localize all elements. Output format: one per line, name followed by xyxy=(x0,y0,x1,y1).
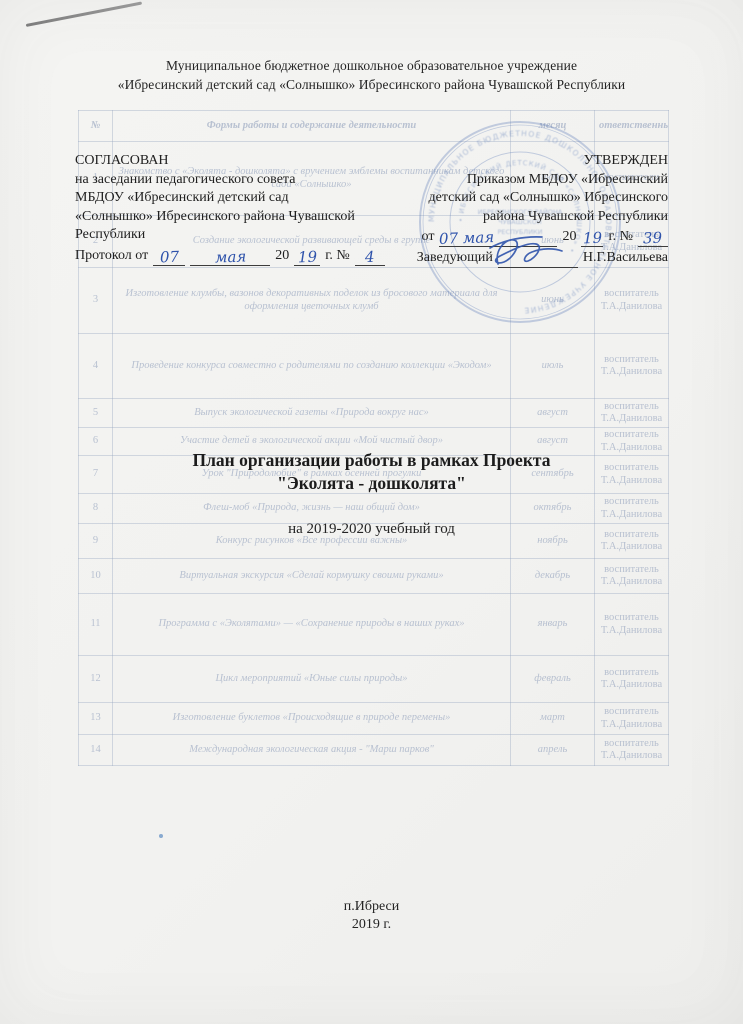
handwritten-month: мая xyxy=(214,249,246,265)
bleed-cell-num: 5 xyxy=(79,399,113,428)
handwritten-order-number: 39 xyxy=(643,231,663,247)
agreed-heading: СОГЛАСОВАН xyxy=(75,152,390,171)
bleed-cell-num: 3 xyxy=(79,268,113,334)
protocol-month-slot: мая xyxy=(190,248,270,266)
bleed-cell-activity: Международная экологическая акция - "Мар… xyxy=(113,735,511,766)
bleed-cell-activity: Флеш-моб «Природа, жизнь — наш общий дом… xyxy=(113,494,511,524)
bleed-cell-month: август xyxy=(511,399,595,428)
bleed-cell-month: январь xyxy=(511,594,595,656)
bleed-cell-num: 13 xyxy=(79,703,113,735)
bleed-row: 10Виртуальная экскурсия «Сделай кормушку… xyxy=(79,559,669,594)
order-number-slot: 39 xyxy=(638,229,668,247)
bleed-cell-activity: Виртуальная экскурсия «Сделай кормушку с… xyxy=(113,559,511,594)
approved-line: Приказом МБДОУ «Ибресинский xyxy=(396,171,668,190)
bleed-cell-activity: Программа с «Эколятами» — «Сохранение пр… xyxy=(113,594,511,656)
agreed-line: Республики xyxy=(75,226,390,245)
agreed-block: СОГЛАСОВАН на заседании педагогического … xyxy=(75,152,390,266)
bleed-cell-num: 10 xyxy=(79,559,113,594)
bleed-cell-activity: Изготовление буклетов «Происходящие в пр… xyxy=(113,703,511,735)
handwritten-number: 4 xyxy=(365,249,375,264)
document-title: План организации работы в рамках Проекта… xyxy=(0,449,743,495)
signer-role: Заведующий xyxy=(417,249,493,268)
bleed-row: 8Флеш-моб «Природа, жизнь — наш общий до… xyxy=(79,494,669,524)
signature-slot xyxy=(498,250,578,268)
approved-line: района Чувашской Республики xyxy=(396,208,668,227)
signer-name: Н.Г.Васильева xyxy=(583,249,668,268)
document-subtitle: на 2019-2020 учебный год xyxy=(0,521,743,538)
agreed-line: МБДОУ «Ибресинский детский сад xyxy=(75,189,390,208)
protocol-prefix: Протокол от xyxy=(75,247,148,266)
protocol-year-suffix: г. № xyxy=(325,247,350,266)
bleed-cell-num: 11 xyxy=(79,594,113,656)
ink-dot-mark xyxy=(159,834,163,838)
title-line-2: "Эколята - дошколята" xyxy=(0,472,743,495)
bleed-cell-month: февраль xyxy=(511,656,595,703)
bleed-cell-num: 4 xyxy=(79,334,113,399)
protocol-number-slot: 4 xyxy=(355,248,385,266)
bleed-cell-activity: Выпуск экологической газеты «Природа вок… xyxy=(113,399,511,428)
bleed-cell-month: март xyxy=(511,703,595,735)
agreed-line: на заседании педагогического совета xyxy=(75,171,390,190)
bleed-cell-activity: Цикл мероприятий «Юные силы природы» xyxy=(113,656,511,703)
agreed-line: «Солнышко» Ибресинского района Чувашской xyxy=(75,208,390,227)
handwritten-year: 19 xyxy=(297,249,317,265)
pen-stroke-mark xyxy=(26,2,142,27)
bleed-cell-resp: воспитатель Т.А.Данилова xyxy=(595,656,669,703)
bleed-cell-num: 14 xyxy=(79,735,113,766)
bleed-cell-month: декабрь xyxy=(511,559,595,594)
title-line-1: План организации работы в рамках Проекта xyxy=(0,449,743,472)
bleed-header-num: № xyxy=(79,111,113,142)
order-prefix: от xyxy=(422,228,435,247)
header-line-1: Муниципальное бюджетное дошкольное образ… xyxy=(0,57,743,76)
bleed-cell-month: июль xyxy=(511,334,595,399)
footer-year: 2019 г. xyxy=(0,916,743,934)
bleed-cell-activity: Проведение конкурса совместно с родителя… xyxy=(113,334,511,399)
bleed-row: 14Международная экологическая акция - "М… xyxy=(79,735,669,766)
bleed-row: 13Изготовление буклетов «Происходящие в … xyxy=(79,703,669,735)
bleed-cell-resp: воспитатель Т.А.Данилова xyxy=(595,594,669,656)
bleed-cell-month: апрель xyxy=(511,735,595,766)
handwritten-day: 07 xyxy=(159,249,179,265)
bleed-cell-resp: воспитатель Т.А.Данилова xyxy=(595,334,669,399)
bleed-cell-resp: воспитатель Т.А.Данилова xyxy=(595,735,669,766)
bleed-cell-resp: воспитатель Т.А.Данилова xyxy=(595,494,669,524)
bleed-cell-month: октябрь xyxy=(511,494,595,524)
bleed-row: 4Проведение конкурса совместно с родител… xyxy=(79,334,669,399)
approved-heading: УТВЕРЖДЕН xyxy=(396,152,668,171)
bleed-cell-num: 12 xyxy=(79,656,113,703)
protocol-day-slot: 07 xyxy=(153,248,185,266)
document-footer: п.Ибреси 2019 г. xyxy=(0,898,743,934)
protocol-line: Протокол от 07 мая 20 19 г. № 4 xyxy=(75,247,390,266)
signature-scribble xyxy=(484,228,594,276)
document-header: Муниципальное бюджетное дошкольное образ… xyxy=(0,57,743,94)
approved-block: УТВЕРЖДЕН Приказом МБДОУ «Ибресинский де… xyxy=(396,152,668,268)
scanned-document-page: Муниципальное бюджетное дошкольное образ… xyxy=(0,0,743,1024)
footer-place: п.Ибреси xyxy=(0,898,743,916)
bleed-cell-resp: воспитатель Т.А.Данилова xyxy=(595,399,669,428)
order-year-suffix: г. № xyxy=(608,228,633,247)
bleed-cell-resp: воспитатель Т.А.Данилова xyxy=(595,703,669,735)
signature-line: Заведующий Н.Г.Васильева xyxy=(396,249,668,268)
bleed-cell-num: 8 xyxy=(79,494,113,524)
protocol-century: 20 xyxy=(275,247,289,266)
bleed-cell-resp: воспитатель Т.А.Данилова xyxy=(595,559,669,594)
bleed-row: 11Программа с «Эколятами» — «Сохранение … xyxy=(79,594,669,656)
bleed-row: 5Выпуск экологической газеты «Природа во… xyxy=(79,399,669,428)
bleed-row: 12Цикл мероприятий «Юные силы природы»фе… xyxy=(79,656,669,703)
header-line-2: «Ибресинский детский сад «Солнышко» Ибре… xyxy=(0,76,743,95)
protocol-year-slot: 19 xyxy=(294,248,320,266)
approved-line: детский сад «Солнышко» Ибресинского xyxy=(396,189,668,208)
